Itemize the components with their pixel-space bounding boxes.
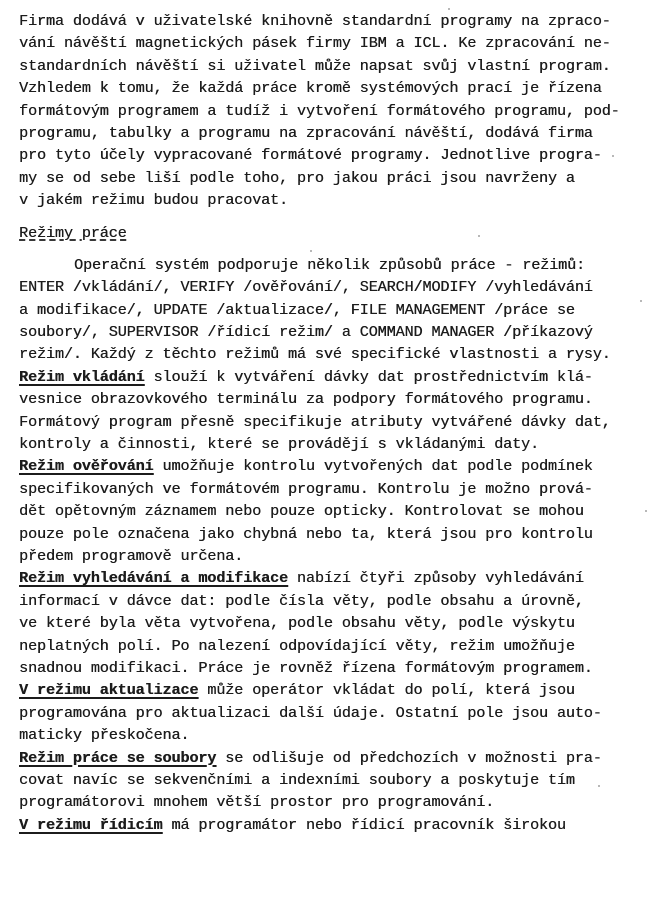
text-span: může operátor vkládat do polí, která jso… [198, 681, 575, 699]
mode-term-update: V režimu aktualizace [19, 681, 198, 699]
paragraph-gap [19, 244, 649, 254]
section-heading: Režimy práce [19, 224, 127, 242]
scan-speck [640, 300, 642, 302]
text-line: Formátový program přesně specifikuje atr… [19, 411, 649, 433]
text-line: kontroly a činnosti, které se provádějí … [19, 433, 649, 455]
mode-term-enter: Režim vkládání [19, 368, 145, 386]
text-line: formátovým programem a tudíž i vytvoření… [19, 100, 649, 122]
text-span: má programátor nebo řídicí pracovník šir… [162, 816, 565, 834]
text-line: programu, tabulky a programu na zpracová… [19, 122, 649, 144]
section-heading-line: Režimy práce [19, 222, 649, 244]
text-span: slouží k vytváření dávky dat prostřednic… [145, 368, 593, 386]
scan-speck [448, 8, 450, 10]
text-line: předem programově určena. [19, 545, 649, 567]
text-line: Firma dodává v uživatelské knihovně stan… [19, 10, 649, 32]
text-line: ENTER /vkládání/, VERIFY /ověřování/, SE… [19, 276, 649, 298]
text-line: Operační systém podporuje několik způsob… [19, 254, 649, 276]
text-line: maticky přeskočena. [19, 724, 649, 746]
text-line: režim/. Každý z těchto režimů má své spe… [19, 343, 649, 365]
text-span: Operační systém podporuje několik způsob… [74, 256, 585, 274]
text-span: se odlišuje od předchozích v možnosti pr… [216, 749, 601, 767]
text-line: snadnou modifikaci. Práce je rovněž říze… [19, 657, 649, 679]
text-line: Režim vyhledávání a modifikace nabízí čt… [19, 567, 649, 589]
text-line: standardních návěští si uživatel může na… [19, 55, 649, 77]
scan-speck [478, 235, 480, 237]
text-line: specifikovaných ve formátovém programu. … [19, 478, 649, 500]
text-line: V režimu aktualizace může operátor vklád… [19, 679, 649, 701]
paragraph-gap [19, 212, 649, 222]
text-line: informací v dávce dat: podle čísla věty,… [19, 590, 649, 612]
text-line: ve které byla věta vytvořena, podle obsa… [19, 612, 649, 634]
text-line: Vzhledem k tomu, že každá práce kromě sy… [19, 77, 649, 99]
text-line: Režim práce se soubory se odlišuje od př… [19, 747, 649, 769]
text-span: nabízí čtyři způsoby vyhledávání [288, 569, 584, 587]
scan-speck [612, 155, 614, 157]
text-line: Režim ověřování umožňuje kontrolu vytvoř… [19, 455, 649, 477]
text-line: pro tyto účely vypracované formátové pro… [19, 144, 649, 166]
text-line: programátorovi mnohem větší prostor pro … [19, 791, 649, 813]
text-line: V režimu řídicím má programátor nebo říd… [19, 814, 649, 836]
mode-term-file: Režim práce se soubory [19, 749, 216, 767]
text-span: umožňuje kontrolu vytvořených dat podle … [153, 457, 592, 475]
scan-speck [310, 250, 312, 252]
mode-term-verify: Režim ověřování [19, 457, 153, 475]
text-line: covat navíc se sekvenčními a indexními s… [19, 769, 649, 791]
document-body: Firma dodává v uživatelské knihovně stan… [19, 10, 649, 836]
text-line: my se od sebe liší podle toho, pro jakou… [19, 167, 649, 189]
text-line: neplatných polí. Po nalezení odpovídajíc… [19, 635, 649, 657]
text-line: vání návěští magnetických pásek firmy IB… [19, 32, 649, 54]
text-line: Režim vkládání slouží k vytváření dávky … [19, 366, 649, 388]
text-line: vesnice obrazovkového terminálu za podpo… [19, 388, 649, 410]
text-line: dět opětovným záznamem nebo pouze optick… [19, 500, 649, 522]
text-line: soubory/, SUPERVISOR /řídicí režim/ a CO… [19, 321, 649, 343]
text-line: a modifikace/, UPDATE /aktualizace/, FIL… [19, 299, 649, 321]
text-line: programována pro aktualizaci další údaje… [19, 702, 649, 724]
scanned-document-page: Firma dodává v uživatelské knihovně stan… [0, 0, 658, 899]
scan-speck [645, 510, 647, 512]
text-line: v jakém režimu budou pracovat. [19, 189, 649, 211]
scan-speck [598, 785, 600, 787]
text-line: pouze pole označena jako chybná nebo ta,… [19, 523, 649, 545]
mode-term-supervisor: V režimu řídicím [19, 816, 162, 834]
mode-term-search: Režim vyhledávání a modifikace [19, 569, 288, 587]
